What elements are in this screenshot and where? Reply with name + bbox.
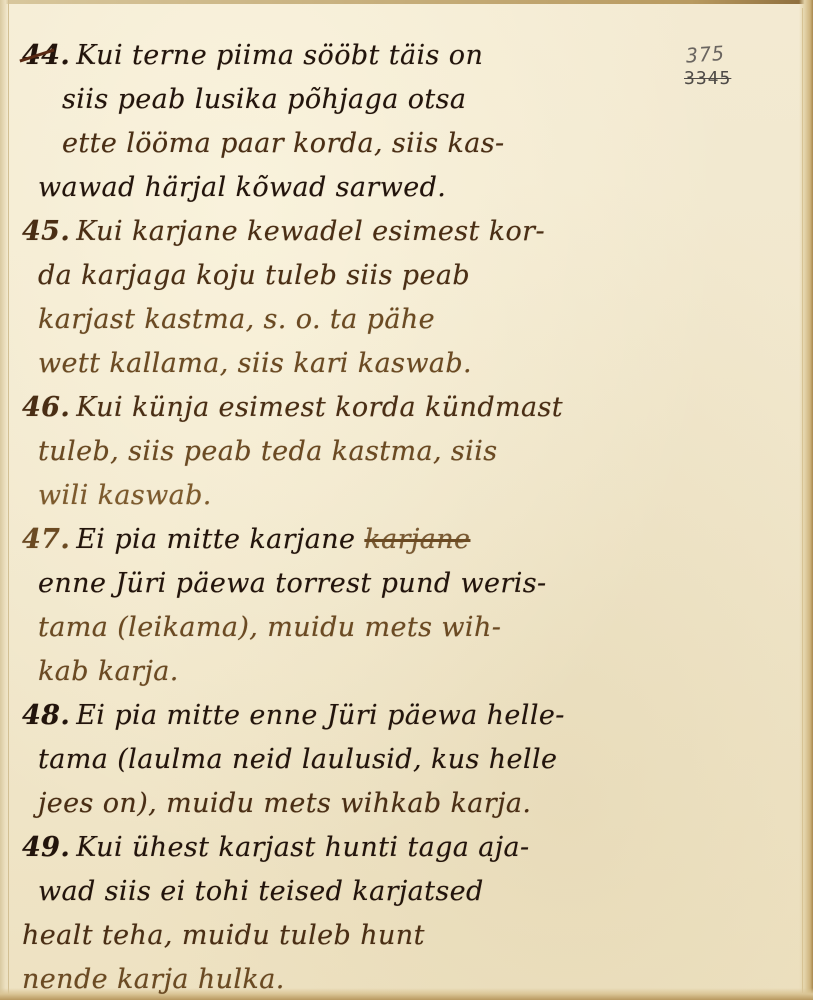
entry-line: 45.Kui karjane kewadel esimest kor- [22,210,672,254]
entry-line: enne Jüri päewa torrest pund weris- [22,562,672,606]
entry-line: jees on), muidu mets wihkab karja. [22,782,672,826]
entry-line: karjast kastma, s. o. ta pähe [22,298,672,342]
archive-number-current: 375 [685,42,732,65]
entry-line: wawad härjal kõwad sarwed. [22,166,672,210]
entry-45: 45.Kui karjane kewadel esimest kor- da k… [22,210,672,386]
entry-number: 48. [22,700,70,731]
entry-line: 49.Kui ühest karjast hunti taga aja- [22,826,672,870]
entry-number: 46. [22,392,70,423]
entry-49: 49.Kui ühest karjast hunti taga aja- wad… [22,826,672,1000]
entry-number: 47. [22,524,70,555]
entries-list: 44.Kui terne piima sööbt täis on siis pe… [22,34,672,1000]
page-fore-edge-line [802,8,803,993]
entry-line: siis peab lusika põhjaga otsa [22,78,672,122]
entry-line: kab karja. [22,650,672,694]
entry-line: 46.Kui künja esimest korda kündmast [22,386,672,430]
entry-line: ette lööma paar korda, siis kas- [22,122,672,166]
entry-number: 49. [22,832,70,863]
archive-number-old-struck: 3345 [684,70,731,88]
archive-page-numbers: 375 3345 [684,44,731,88]
entry-44: 44.Kui terne piima sööbt täis on siis pe… [22,34,672,210]
entry-48: 48.Ei pia mitte enne Jüri päewa helle- t… [22,694,672,826]
page-top-edge [0,0,813,4]
entry-line: tama (laulma neid laulusid, kus helle [22,738,672,782]
manuscript-page: 375 3345 44.Kui terne piima sööbt täis o… [0,0,813,1000]
entry-line: wett kallama, siis kari kaswab. [22,342,672,386]
entry-line: tuleb, siis peab teda kastma, siis [22,430,672,474]
entry-line: 47.Ei pia mitte karjane karjane [22,518,672,562]
entry-line: 48.Ei pia mitte enne Jüri päewa helle- [22,694,672,738]
entry-line: da karjaga koju tuleb siis peab [22,254,672,298]
struck-word: karjane [364,524,470,555]
binding-crease [8,0,9,1000]
entry-47: 47.Ei pia mitte karjane karjane enne Jür… [22,518,672,694]
entry-line: 44.Kui terne piima sööbt täis on [22,34,672,78]
entry-number: 45. [22,216,70,247]
entry-46: 46.Kui künja esimest korda kündmast tule… [22,386,672,518]
entry-line: wili kaswab. [22,474,672,518]
entry-line: healt teha, muidu tuleb hunt [22,914,672,958]
entry-line: wad siis ei tohi teised karjatsed [22,870,672,914]
entry-line: tama (leikama), muidu mets wih- [22,606,672,650]
entry-number: 44. [22,40,70,71]
entry-line: nende karja hulka. [22,958,672,1000]
